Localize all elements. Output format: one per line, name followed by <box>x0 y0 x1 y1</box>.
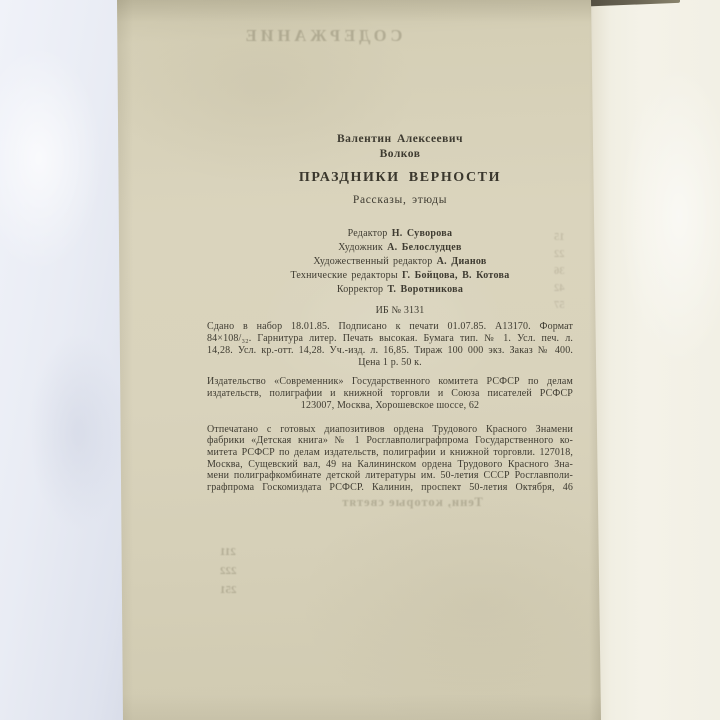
credit-role: Технические редакторы <box>290 270 397 281</box>
imprint-line: 84×108/₃₂. Гарнитура литер. Печать высок… <box>207 333 573 344</box>
ib-number: ИБ № 3131 <box>217 305 583 316</box>
credit-names: Н. Суворова <box>392 228 453 239</box>
credit-tech-editors: Технические редакторы Г. Бойцова, В. Кот… <box>217 270 583 281</box>
printing-line: графпрома Госкомиздата РСФСР. Калинин, п… <box>207 482 573 493</box>
bleedthrough-page-number: 251 <box>220 584 237 596</box>
colophon-page: СОДЕРЖАНИЕ Тени, которые светят 15 22 36… <box>117 0 601 720</box>
credit-editor: Редактор Н. Суворова <box>217 228 583 239</box>
publisher-line: Издательство «Современник» Государственн… <box>207 376 573 387</box>
imprint-line: 14,28. Усл. кр.-отт. 14,28. Уч.-изд. л. … <box>207 345 573 356</box>
next-page-edge <box>583 0 720 720</box>
bleedthrough-toc-entry: Тени, которые светят <box>297 495 527 510</box>
author-first-patronymic: Валентин Алексеевич <box>217 133 583 145</box>
credit-role: Корректор <box>337 284 383 295</box>
credit-names: А. Белослудцев <box>387 242 462 253</box>
printing-line: фабрики «Детская книга» № 1 Росглавполиг… <box>207 435 573 446</box>
credit-role: Художник <box>338 242 383 253</box>
printing-line: митета РСФСР по делам издательств, полиг… <box>207 447 573 458</box>
publisher-line: издательств, полиграфии и книжной торгов… <box>207 388 573 399</box>
credit-names: Т. Воротникова <box>387 284 463 295</box>
imprint-line: Сдано в набор 18.01.85. Подписано к печа… <box>207 321 573 332</box>
printing-line: Отпечатано с готовых диапозитивов ордена… <box>207 424 573 435</box>
underlying-white-page <box>0 0 130 720</box>
credit-artist: Художник А. Белослудцев <box>217 242 583 253</box>
printing-line: Москва, Сущевский вал, 49 на Калининском… <box>207 459 573 470</box>
credit-role: Художественный редактор <box>313 256 432 267</box>
book-subtitle: Рассказы, этюды <box>217 194 583 206</box>
credit-names: Г. Бойцова, В. Котова <box>402 270 510 281</box>
author-surname: Волков <box>217 148 583 160</box>
printing-line: мени полиграфкомбинате детской литератур… <box>207 470 573 481</box>
credit-art-editor: Художественный редактор А. Дианов <box>217 256 583 267</box>
bleedthrough-page-number: 211 <box>220 546 236 558</box>
book-title: ПРАЗДНИКИ ВЕРНОСТИ <box>217 170 583 186</box>
price-line: Цена 1 р. 50 к. <box>207 357 573 368</box>
credit-proofreader: Корректор Т. Воротникова <box>217 284 583 295</box>
book-photo: СОДЕРЖАНИЕ Тени, которые светят 15 22 36… <box>0 0 720 720</box>
bleedthrough-toc-title: СОДЕРЖАНИЕ <box>207 26 437 46</box>
bleedthrough-page-number: 222 <box>220 565 237 577</box>
publisher-address-line: 123007, Москва, Хорошевское шоссе, 62 <box>207 400 573 411</box>
credit-names: А. Дианов <box>437 256 487 267</box>
credit-role: Редактор <box>348 228 388 239</box>
